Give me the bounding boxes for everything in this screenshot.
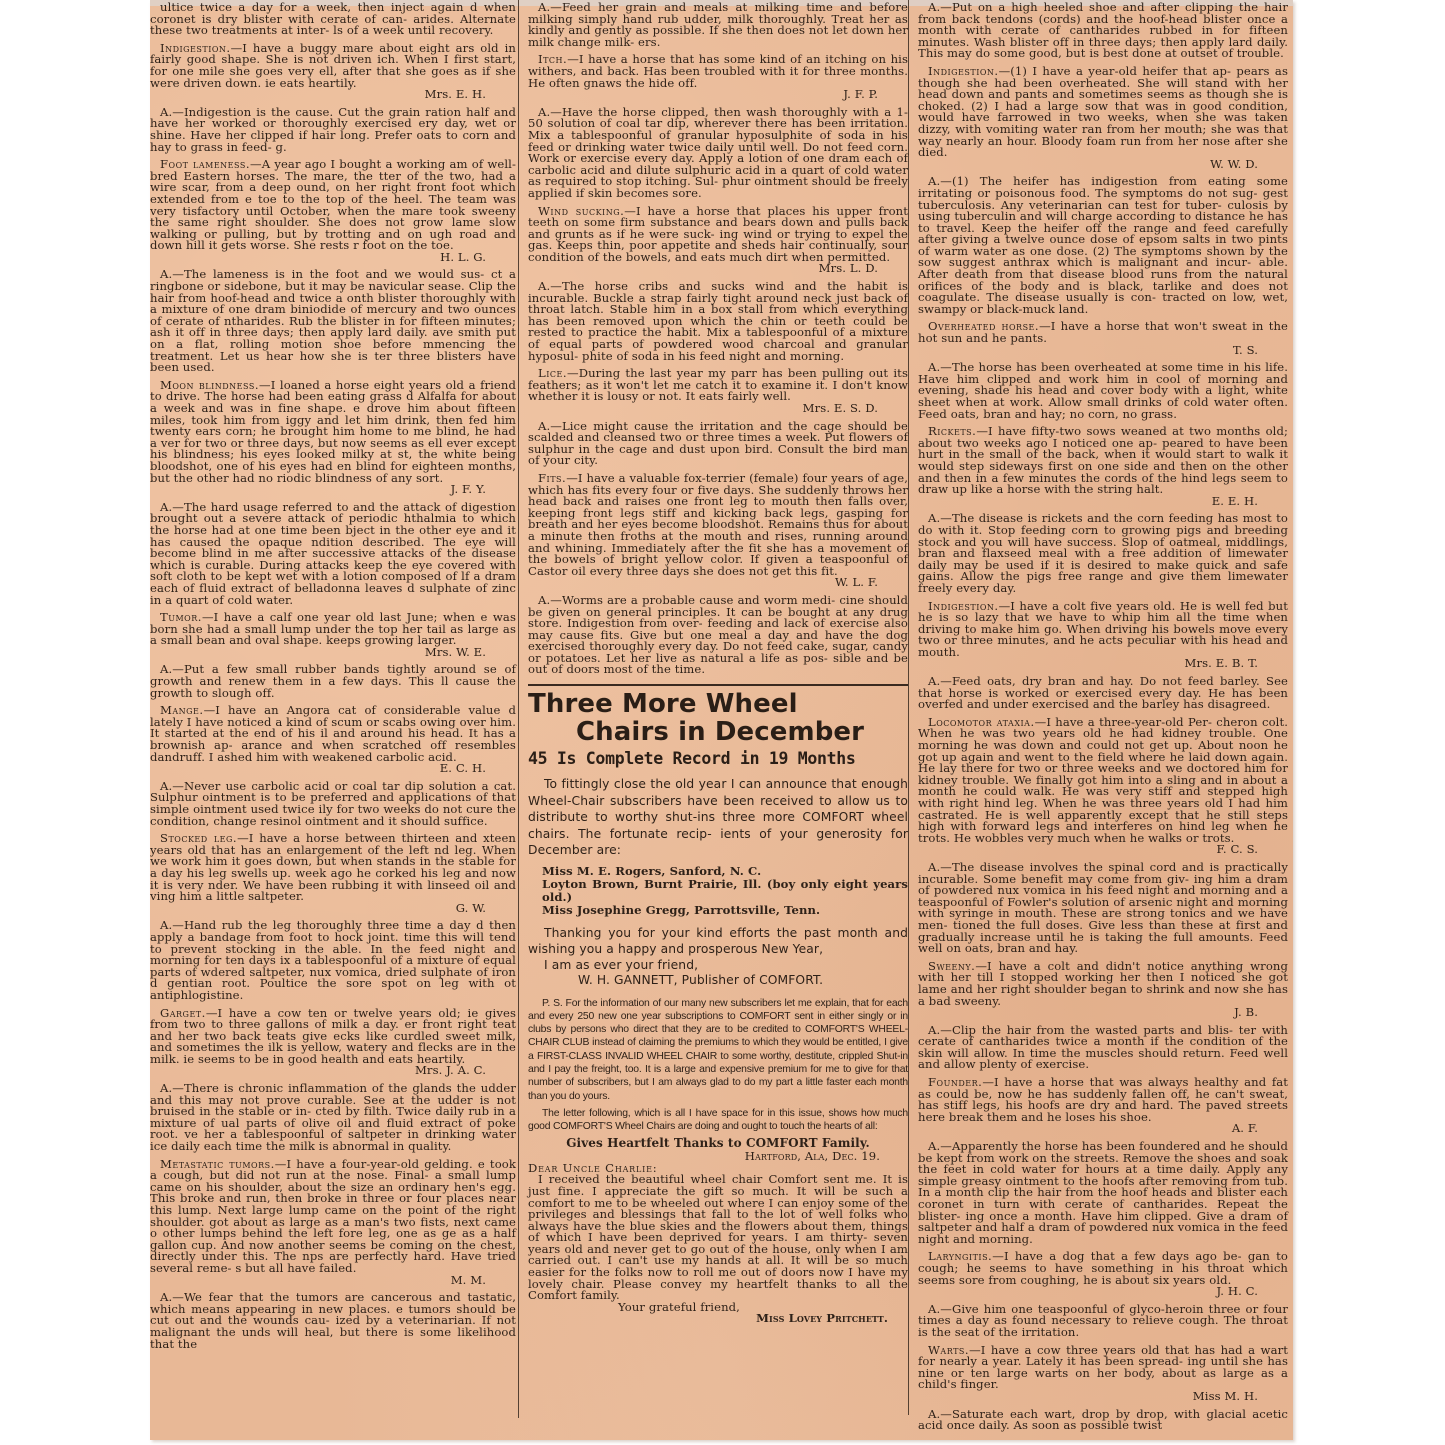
question-paragraph: Itch.—I have a horse that has some kind … (528, 54, 908, 100)
paragraph-text: —I have a horse that has some kind of an… (528, 52, 908, 89)
answer-paragraph: A.—Feed her grain and meals at milking t… (528, 2, 908, 48)
answer-paragraph: A.—Worms are a probable cause and worm m… (528, 595, 908, 676)
recipient: Miss Josephine Gregg, Parrottsville, Ten… (542, 904, 908, 917)
paragraph-text: —I loaned a horse eight years old a frie… (150, 378, 516, 485)
paragraph-text: A.—Saturate each wart, drop by drop, wit… (918, 1407, 1288, 1433)
answer-paragraph: A.—Put on a high heeled shoe and after c… (918, 2, 1288, 60)
paragraph-text: A.—Have the horse clipped, then wash tho… (528, 105, 908, 200)
recipient: Loyton Brown, Burnt Prairie, Ill. (boy o… (542, 878, 908, 904)
answer-paragraph: A.—Give him one teaspoonful of glyco-her… (918, 1304, 1288, 1339)
paragraph-text: A.—Put on a high heeled shoe and after c… (918, 0, 1288, 60)
paragraph-text: A.—The disease involves the spinal cord … (918, 860, 1288, 955)
correspondent-initials: T. S. (918, 345, 1288, 357)
answer-paragraph: A.—The hard usage referred to and the at… (150, 502, 516, 606)
ad-signature: I am as ever your friend, W. H. GANNETT,… (528, 958, 908, 989)
paragraph-text: A.—Never use carbolic acid or coal tar d… (150, 779, 516, 828)
letter-heading: Gives Heartfelt Thanks to COMFORT Family… (528, 1138, 908, 1150)
answer-paragraph: A.—Have the horse clipped, then wash tho… (528, 107, 908, 200)
paragraph-text: —A year ago I bought a working am of wel… (150, 157, 516, 252)
ad-subheadline: 45 Is Complete Record in 19 Months (528, 748, 908, 770)
paragraph-text: A.—Worms are a probable cause and worm m… (528, 593, 908, 677)
wheel-chair-advertisement: Three More Wheel Chairs in December 45 I… (528, 684, 908, 1325)
correspondent-initials: J. H. C. (918, 1286, 1288, 1298)
correspondent-initials: G. W. (150, 903, 516, 915)
question-paragraph: Sweeny.—I have a colt and didn't notice … (918, 961, 1288, 1019)
paragraph-text: —I have a four-year-old gelding. e took … (150, 1157, 516, 1275)
correspondent-initials: Miss M. H. (918, 1391, 1288, 1403)
newspaper-clipping: ultice twice a day for a week, then inje… (150, 0, 1293, 1440)
correspondent-initials: Mrs. W. E. (150, 647, 516, 659)
correspondent-initials: W. L. F. (528, 577, 908, 589)
paragraph-text: A.—Lice might cause the irritation and t… (528, 419, 908, 468)
correspondent-initials: H. L. G. (150, 252, 516, 264)
question-paragraph: Laryngitis.—I have a dog that a few days… (918, 1251, 1288, 1297)
paragraph-text: —I have a horse between thirteen and xte… (150, 831, 516, 903)
question-paragraph: Founder.—I have a horse that was always … (918, 1077, 1288, 1135)
left-column: ultice twice a day for a week, then inje… (150, 0, 522, 1440)
question-paragraph: Rickets.—I have fifty-two sows weaned at… (918, 426, 1288, 507)
answer-paragraph: A.—Feed oats, dry bran and hay. Do not f… (918, 676, 1288, 711)
ad-postscript-letter-intro: The letter following, which is all I hav… (528, 1107, 908, 1134)
question-paragraph: Foot lameness.—A year ago I bought a wor… (150, 159, 516, 263)
paragraph-text: —I have a calf one year old last June; w… (150, 610, 516, 647)
middle-column-articles: A.—Feed her grain and meals at milking t… (528, 2, 908, 676)
answer-paragraph: A.—Apparently the horse has been founder… (918, 1141, 1288, 1245)
correspondent-initials: M. M. (150, 1275, 516, 1287)
paragraph-text: A.—The horse cribs and sucks wind and th… (528, 279, 908, 363)
correspondent-initials: Mrs. L. D. (528, 263, 908, 275)
answer-paragraph: A.—There is chronic inflammation of the … (150, 1083, 516, 1153)
answer-paragraph: ultice twice a day for a week, then inje… (150, 2, 516, 37)
paragraph-text: —I have a cow three years old that has h… (918, 1343, 1288, 1392)
answer-paragraph: A.—The horse has been overheated at some… (918, 362, 1288, 420)
question-paragraph: Indigestion.—(1) I have a year-old heife… (918, 66, 1288, 170)
paragraph-text: A.—Apparently the horse has been founder… (918, 1139, 1288, 1246)
answer-paragraph: A.—Put a few small rubber bands tightly … (150, 664, 516, 699)
answer-paragraph: A.—The disease is rickets and the corn f… (918, 513, 1288, 594)
correspondent-initials: F. C. S. (918, 844, 1288, 856)
paragraph-text: A.—(1) The heifer has indigestion from e… (918, 174, 1288, 316)
right-column: A.—Put on a high heeled shoe and after c… (912, 0, 1292, 1440)
ad-closing: I am as ever your friend, (528, 958, 908, 974)
question-paragraph: Wind sucking.—I have a horse that places… (528, 206, 908, 276)
correspondent-initials: J. F. Y. (150, 484, 516, 496)
answer-paragraph: A.—Lice might cause the irritation and t… (528, 421, 908, 467)
paragraph-text: —During the last year my parr has been p… (528, 366, 908, 403)
paragraph-text: A.—The lameness is in the foot and we wo… (150, 267, 516, 374)
answer-paragraph: A.—The lameness is in the foot and we wo… (150, 269, 516, 373)
correspondent-initials: A. F. (918, 1123, 1288, 1135)
question-paragraph: Garget.—I have a cow ten or twelve years… (150, 1008, 516, 1078)
answer-paragraph: A.—We fear that the tumors are cancerous… (150, 1292, 516, 1350)
correspondent-initials: E. E. H. (918, 496, 1288, 508)
paragraph-text: —I have a three-year-old Per- cheron col… (918, 715, 1288, 845)
paragraph-text: A.—Give him one teaspoonful of glyco-her… (918, 1302, 1288, 1339)
correspondent-initials: W. W. D. (918, 159, 1288, 171)
paragraph-text: A.—Feed her grain and meals at milking t… (528, 0, 908, 49)
question-paragraph: Fits.—I have a valuable fox-terrier (fem… (528, 473, 908, 589)
correspondent-initials: Mrs. J. A. C. (150, 1065, 516, 1077)
question-paragraph: Indigestion.—I have a colt five years ol… (918, 601, 1288, 671)
question-paragraph: Metastatic tumors.—I have a four-year-ol… (150, 1159, 516, 1287)
paragraph-text: A.—Clip the hair from the wasted parts a… (918, 1023, 1288, 1072)
answer-paragraph: A.—Saturate each wart, drop by drop, wit… (918, 1409, 1288, 1432)
paragraph-text: —I have an Angora cat of considerable va… (150, 703, 516, 763)
correspondent-initials: J. B. (918, 1007, 1288, 1019)
question-paragraph: Tumor.—I have a calf one year old last J… (150, 612, 516, 658)
question-paragraph: Mange.—I have an Angora cat of considera… (150, 705, 516, 775)
paragraph-text: —I have a valuable fox-terrier (female) … (528, 471, 908, 578)
paragraph-text: A.—The horse has been overheated at some… (918, 360, 1288, 420)
ad-intro: To fittingly close the old year I can an… (528, 776, 908, 859)
ad-thanks: Thanking you for your kind efforts the p… (528, 925, 908, 958)
answer-paragraph: A.—Indigestion is the cause. Cut the gra… (150, 107, 516, 153)
recipient-list: Miss M. E. Rogers, Sanford, N. C. Loyton… (542, 865, 908, 917)
answer-paragraph: A.—Never use carbolic acid or coal tar d… (150, 781, 516, 827)
paragraph-text: ultice twice a day for a week, then inje… (150, 0, 516, 37)
middle-column: A.—Feed her grain and meals at milking t… (522, 0, 912, 1440)
answer-paragraph: A.—The disease involves the spinal cord … (918, 862, 1288, 955)
question-paragraph: Warts.—I have a cow three years old that… (918, 1345, 1288, 1403)
correspondent-initials: J. F. P. (528, 89, 908, 101)
question-paragraph: Moon blindness.—I loaned a horse eight y… (150, 380, 516, 496)
ad-headline-line2: Chairs in December (528, 718, 908, 746)
ad-postscript: P. S. For the information of our many ne… (528, 997, 908, 1103)
answer-paragraph: A.—Clip the hair from the wasted parts a… (918, 1025, 1288, 1071)
paragraph-text: A.—We fear that the tumors are cancerous… (150, 1290, 516, 1350)
question-paragraph: Indigestion.—I have a buggy mare about e… (150, 43, 516, 101)
paragraph-text: —I have fifty-two sows weaned at two mon… (918, 424, 1288, 496)
paragraph-text: A.—Put a few small rubber bands tightly … (150, 662, 516, 699)
question-paragraph: Overheated horse.—I have a horse that wo… (918, 321, 1288, 356)
recipient: Miss M. E. Rogers, Sanford, N. C. (542, 865, 908, 878)
paragraph-text: —(1) I have a year-old heifer that ap- p… (918, 64, 1288, 159)
answer-paragraph: A.—Hand rub the leg thoroughly three tim… (150, 920, 516, 1001)
paragraph-text: A.—The hard usage referred to and the at… (150, 500, 516, 607)
question-paragraph: Lice.—During the last year my parr has b… (528, 368, 908, 414)
answer-paragraph: A.—The horse cribs and sucks wind and th… (528, 281, 908, 362)
letter-body: I received the beautiful wheel chair Com… (528, 1174, 908, 1302)
paragraph-text: A.—Hand rub the leg thoroughly three tim… (150, 918, 516, 1002)
question-paragraph: Locomotor ataxia.—I have a three-year-ol… (918, 717, 1288, 856)
correspondent-initials: Mrs. E. S. D. (528, 403, 908, 415)
paragraph-text: —I have a cow ten or twelve years old; i… (150, 1006, 516, 1066)
paragraph-text: A.—There is chronic inflammation of the … (150, 1081, 516, 1153)
question-paragraph: Stocked leg.—I have a horse between thir… (150, 833, 516, 914)
ad-top-rule (528, 684, 908, 686)
ad-publisher: W. H. GANNETT, Publisher of COMFORT. (528, 973, 908, 989)
paragraph-text: A.—Feed oats, dry bran and hay. Do not f… (918, 674, 1288, 711)
letter-signer: Miss Lovey Pritchett. (528, 1313, 908, 1325)
answer-paragraph: A.—(1) The heifer has indigestion from e… (918, 176, 1288, 315)
correspondent-initials: Mrs. E. B. T. (918, 658, 1288, 670)
correspondent-initials: E. C. H. (150, 763, 516, 775)
correspondent-initials: Mrs. E. H. (150, 89, 516, 101)
ad-headline-line1: Three More Wheel (528, 690, 908, 718)
paragraph-text: A.—Indigestion is the cause. Cut the gra… (150, 105, 516, 154)
paragraph-text: A.—The disease is rickets and the corn f… (918, 511, 1288, 595)
